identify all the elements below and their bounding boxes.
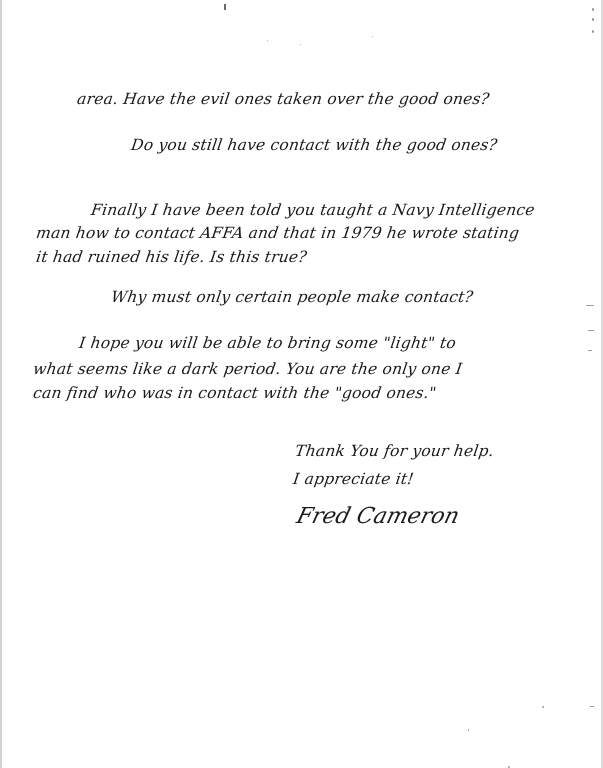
scan-speck [586,305,594,306]
letter-line: Do you still have contact with the good … [130,136,498,154]
scan-speck [588,350,592,351]
letter-line: what seems like a dark period. You are t… [32,360,463,378]
scan-artifact-mark [224,4,226,10]
letter-line: Finally I have been told you taught a Na… [90,201,536,219]
letter-line: man how to contact AFFA and that in 1979… [35,224,520,242]
closing-line: Thank You for your help. [294,442,495,460]
scan-speck [267,40,268,41]
closing-line: I appreciate it! [292,470,415,488]
scan-speck [588,330,594,331]
scan-speck [372,36,373,37]
scan-speck [468,729,469,731]
letter-line: I hope you will be able to bring some "l… [78,334,457,352]
scan-speck [592,30,594,33]
scan-speck [300,44,301,45]
letter-line: Why must only certain people make contac… [110,288,474,306]
scanned-letter-page: area. Have the evil ones taken over the … [0,0,603,768]
scan-speck [542,706,544,708]
signature: Fred Cameron [294,504,462,529]
letter-line: can find who was in contact with the "go… [32,384,437,402]
scan-speck [592,18,594,21]
scan-speck [592,8,594,11]
letter-line: area. Have the evil ones taken over the … [76,90,491,108]
letter-line: it had ruined his life. Is this true? [35,248,308,266]
scan-speck [590,706,594,707]
